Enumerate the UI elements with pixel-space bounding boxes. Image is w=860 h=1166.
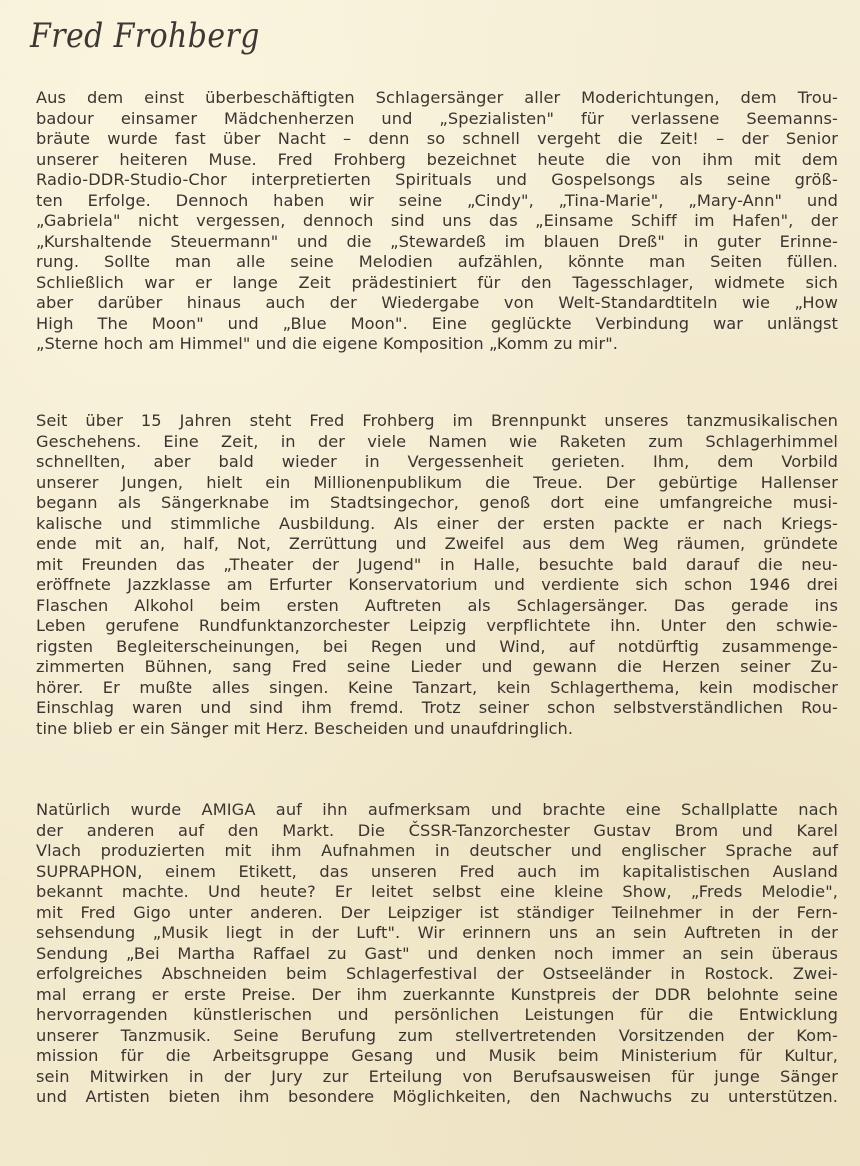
text-line: Aus dem einst überbeschäftigten Schlager… — [36, 88, 838, 109]
text-line: kalische und stimmliche Ausbildung. Als … — [36, 514, 838, 535]
text-line: unserer Tanzmusik. Seine Berufung zum st… — [36, 1026, 838, 1047]
paragraph-3: Natürlich wurde AMIGA auf ihn aufmerksam… — [36, 800, 838, 1108]
text-line: Einschlag waren und sind ihm fremd. Trot… — [36, 698, 838, 719]
text-line: der anderen auf den Markt. Die ČSSR-Tanz… — [36, 821, 838, 842]
text-line: Sendung „Bei Martha Raffael zu Gast" und… — [36, 944, 838, 965]
text-line: ten Erfolge. Dennoch haben wir seine „Ci… — [36, 191, 838, 212]
text-line: erfolgreiches Abschneiden beim Schlagerf… — [36, 964, 838, 985]
text-line: hörer. Er mußte alles singen. Keine Tanz… — [36, 678, 838, 699]
text-line: SUPRAPHON, einem Etikett, das unseren Fr… — [36, 862, 838, 883]
text-line: Vlach produzierten mit ihm Aufnahmen in … — [36, 841, 838, 862]
text-line: eröffnete Jazzklasse am Erfurter Konserv… — [36, 575, 838, 596]
text-line: mit Freunden das „Theater der Jugend" in… — [36, 555, 838, 576]
text-line: Schließlich war er lange Zeit prädestini… — [36, 273, 838, 294]
text-line: Geschehens. Eine Zeit, in der viele Name… — [36, 432, 838, 453]
text-line: unserer heiteren Muse. Fred Frohberg bez… — [36, 150, 838, 171]
text-line: hervorragenden künstlerischen und persön… — [36, 1005, 838, 1026]
paragraph-2: Seit über 15 Jahren steht Fred Frohberg … — [36, 411, 838, 739]
paragraph-1: Aus dem einst überbeschäftigten Schlager… — [36, 88, 838, 355]
text-line: badour einsamer Mädchenherzen und „Spezi… — [36, 109, 838, 130]
text-line: „Gabriela" nicht vergessen, dennoch sind… — [36, 211, 838, 232]
text-line: und Artisten bieten ihm besondere Möglic… — [36, 1087, 838, 1108]
text-line: sehsendung „Musik liegt in der Luft". Wi… — [36, 923, 838, 944]
text-line: Seit über 15 Jahren steht Fred Frohberg … — [36, 411, 838, 432]
text-line: High The Moon" und „Blue Moon". Eine geg… — [36, 314, 838, 335]
text-line: begann als Sängerknabe im Stadtsingechor… — [36, 493, 838, 514]
text-line: schnellten, aber bald wieder in Vergesse… — [36, 452, 838, 473]
text-line: mal errang er erste Preise. Der ihm zuer… — [36, 985, 838, 1006]
page-title: Fred Frohberg — [30, 14, 260, 58]
text-line: Natürlich wurde AMIGA auf ihn aufmerksam… — [36, 800, 838, 821]
text-line: „Kurshaltende Steuermann" und die „Stewa… — [36, 232, 838, 253]
text-line: tine blieb er ein Sänger mit Herz. Besch… — [36, 719, 838, 740]
text-line: rigsten Begleiterscheinungen, bei Regen … — [36, 637, 838, 658]
document-page: Fred Frohberg Aus dem einst überbeschäft… — [0, 0, 860, 1166]
text-line: rung. Sollte man alle seine Melodien auf… — [36, 252, 838, 273]
text-line: ende mit an, half, Not, Zerrüttung und Z… — [36, 534, 838, 555]
text-line: bekannt machte. Und heute? Er leitet sel… — [36, 882, 838, 903]
text-line: mission für die Arbeitsgruppe Gesang und… — [36, 1046, 838, 1067]
text-line: aber darüber hinaus auch der Wiedergabe … — [36, 293, 838, 314]
text-line: „Sterne hoch am Himmel" und die eigene K… — [36, 334, 838, 355]
text-line: bräute wurde fast über Nacht – denn so s… — [36, 129, 838, 150]
text-line: Flaschen Alkohol beim ersten Auftreten a… — [36, 596, 838, 617]
text-line: unserer Jungen, hielt ein Millionenpubli… — [36, 473, 838, 494]
text-line: sein Mitwirken in der Jury zur Erteilung… — [36, 1067, 838, 1088]
text-line: Radio-DDR-Studio-Chor interpretierten Sp… — [36, 170, 838, 191]
text-line: Leben gerufene Rundfunktanzorchester Lei… — [36, 616, 838, 637]
text-line: mit Fred Gigo unter anderen. Der Leipzig… — [36, 903, 838, 924]
text-line: zimmerten Bühnen, sang Fred seine Lieder… — [36, 657, 838, 678]
